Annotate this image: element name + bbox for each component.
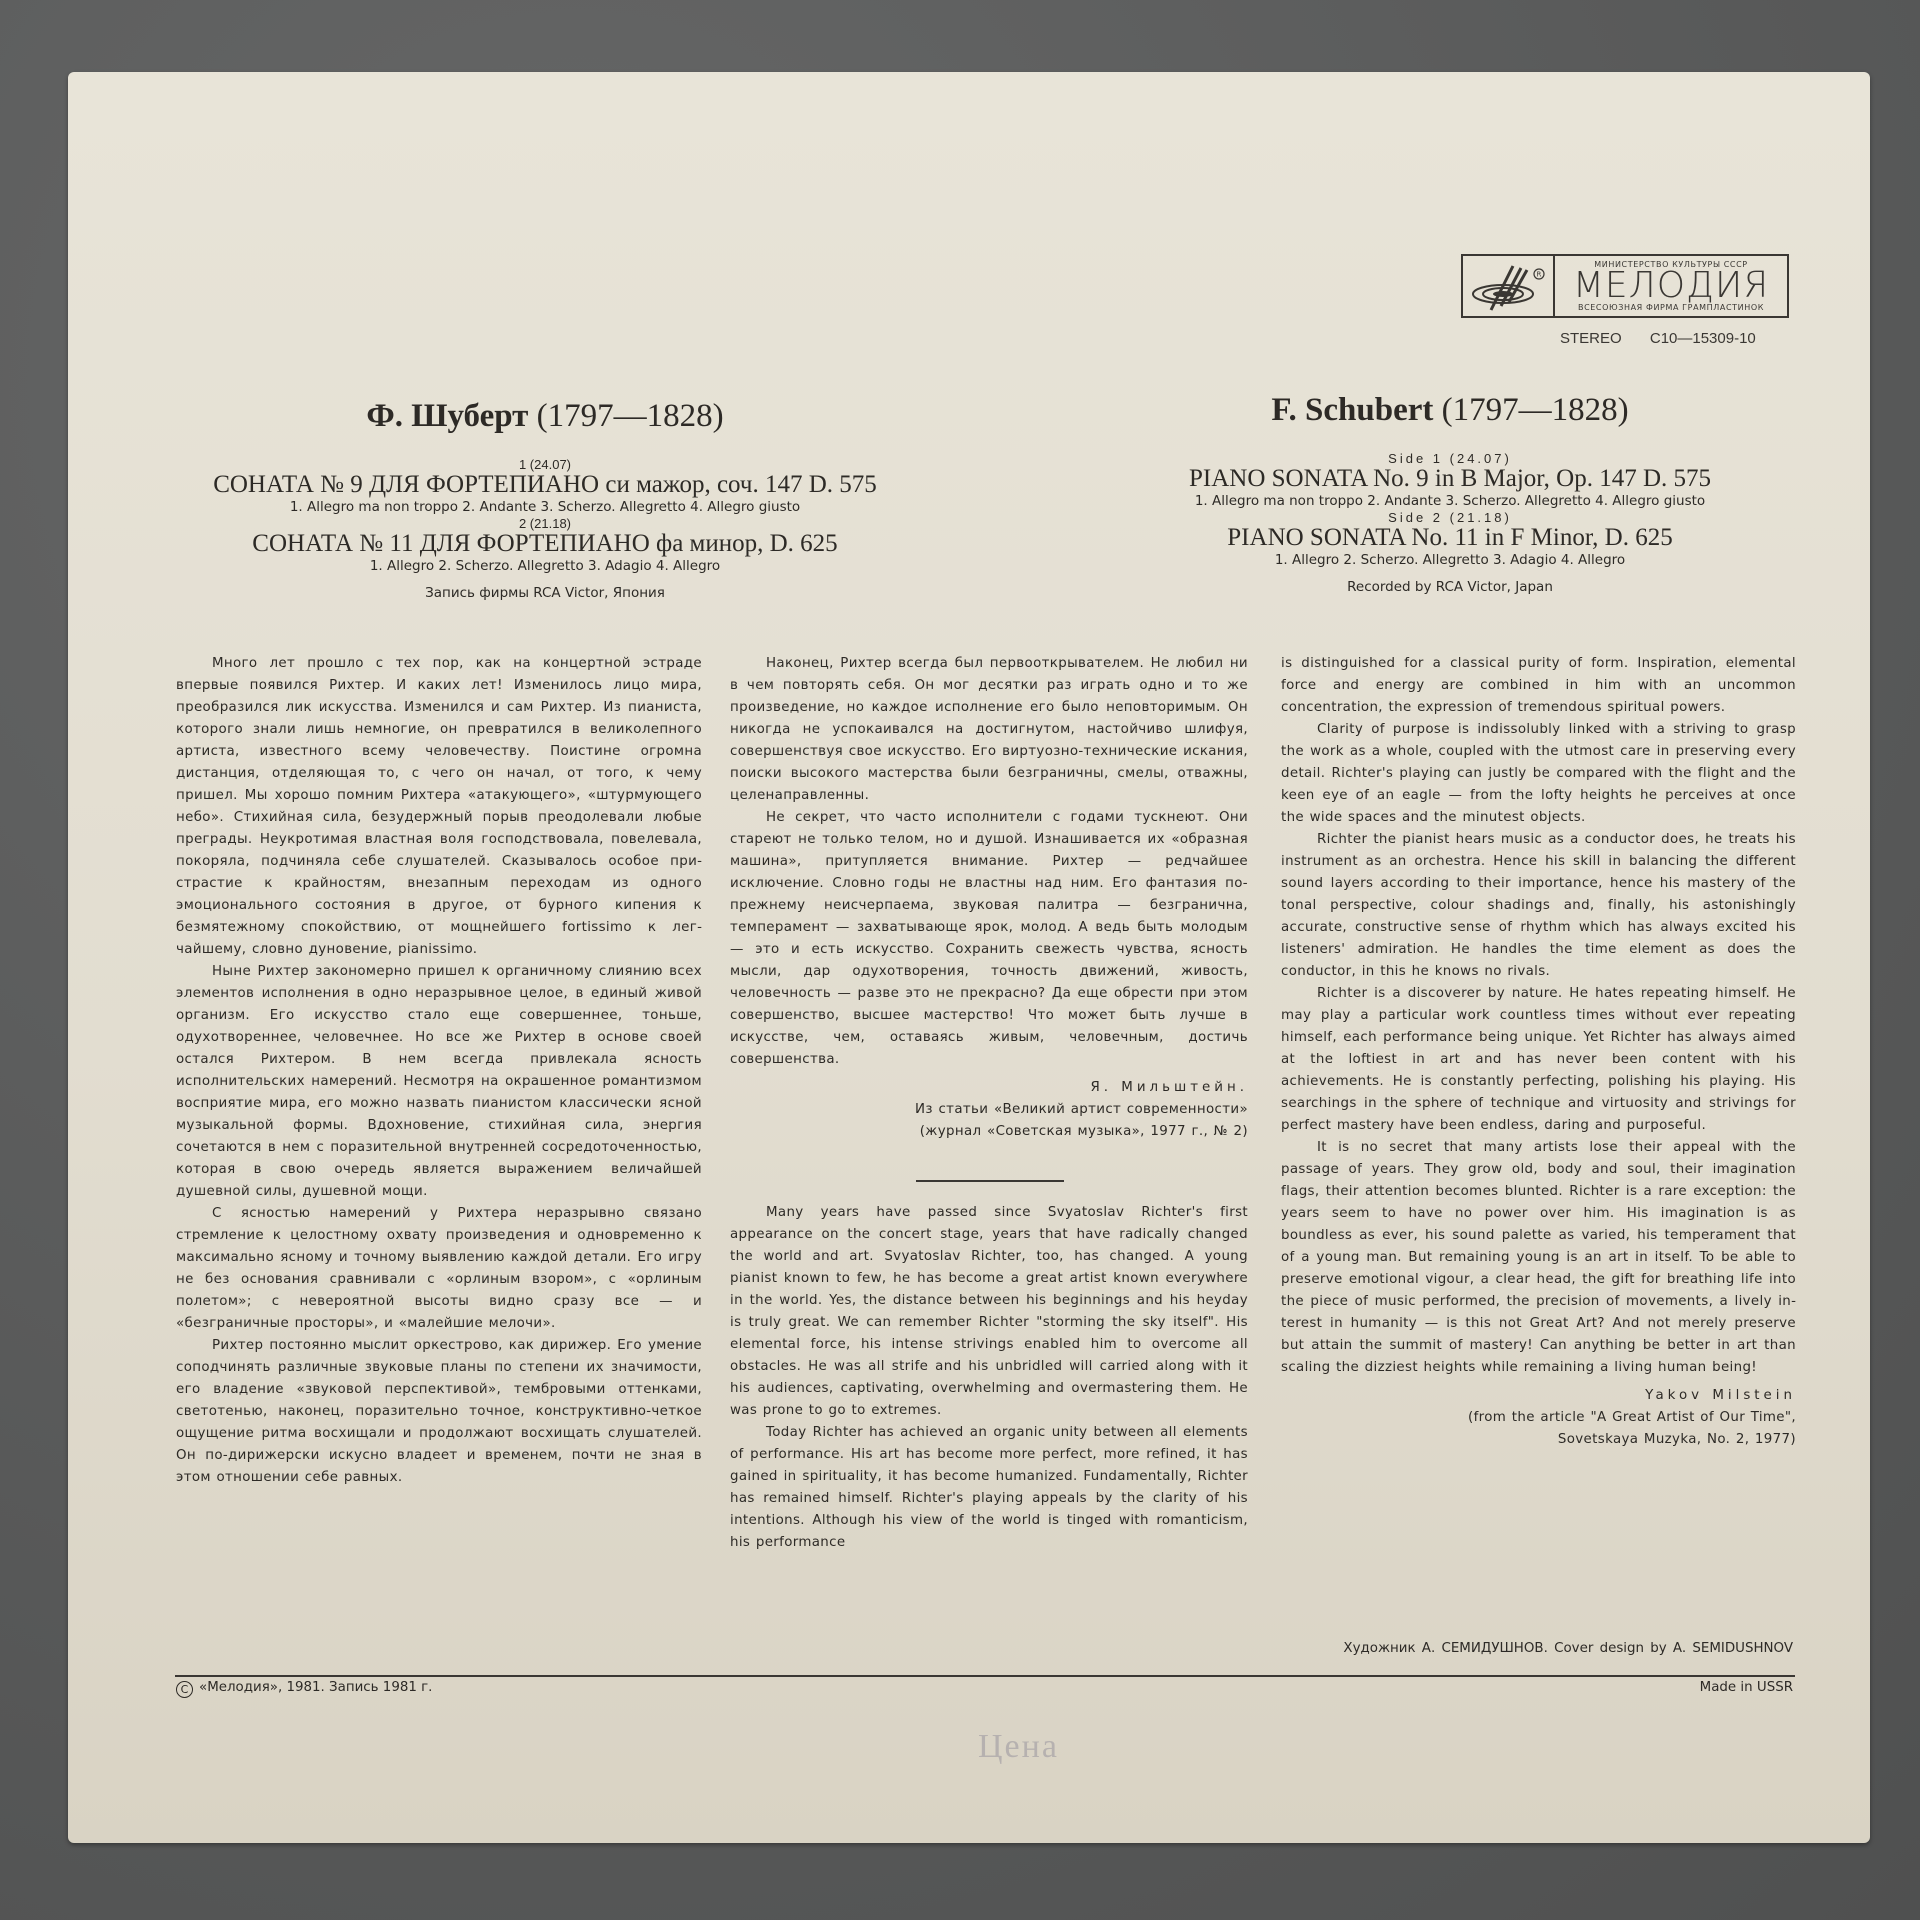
work1-movements-en: 1. Allegro ma non troppo 2. Andante 3. S… xyxy=(1120,492,1780,510)
source-line2-ru: (журнал «Советская музыка», 1977 г., № 2… xyxy=(730,1121,1248,1143)
paragraph: It is no secret that many artists lose t… xyxy=(1281,1137,1796,1379)
catalog-info: STEREO С10—15309-10 xyxy=(1560,330,1756,347)
work1-movements-ru: 1. Allegro ma non troppo 2. Andante 3. S… xyxy=(160,498,930,516)
liner-notes-en-col2: Many years have passed since Svyatoslav … xyxy=(730,1202,1248,1576)
logo-company-text: ВСЕСОЮЗНАЯ ФИРМА ГРАМПЛАСТИНОК xyxy=(1578,303,1764,312)
side2-label-ru: 2 (21.18) xyxy=(160,516,930,531)
side1-label-en: Side 1 (24.07) xyxy=(1120,451,1780,466)
paragraph: Наконец, Рихтер всегда был первооткрыват… xyxy=(730,653,1248,807)
russian-header: Ф. Шуберт (1797—1828) 1 (24.07) СОНАТА №… xyxy=(160,398,930,601)
made-in-ussr: Made in USSR xyxy=(1700,1680,1793,1695)
source-line1-en: (from the article "A Great Artist of Our… xyxy=(1281,1407,1796,1429)
paragraph: Ныне Рихтер закономерно пришел к органич… xyxy=(176,961,702,1203)
melodiya-logo: R МИНИСТЕРСТВО КУЛЬТУРЫ СССР МЕЛОДИЯ ВСЕ… xyxy=(1461,254,1789,318)
paragraph: Рихтер постоянно мыслит оркестрово, как … xyxy=(176,1335,702,1489)
paragraph: Richter the pianist hears music as a con… xyxy=(1281,829,1796,983)
author-signature-en: Yakov Milstein xyxy=(1281,1385,1796,1407)
english-header: F. Schubert (1797—1828) Side 1 (24.07) P… xyxy=(1120,392,1780,595)
format-label: STEREO xyxy=(1560,330,1622,347)
author-signature-ru: Я. Мильштейн. xyxy=(730,1077,1248,1099)
paragraph: Richter is a discoverer by nature. He ha… xyxy=(1281,983,1796,1137)
work2-title-ru: СОНАТА № 11 ДЛЯ ФОРТЕПИАНО фа минор, D. … xyxy=(160,531,930,557)
composer-title-en: F. Schubert (1797—1828) xyxy=(1120,392,1780,429)
recording-credit-en: Recorded by RCA Victor, Japan xyxy=(1120,579,1780,595)
work1-title-ru: СОНАТА № 9 ДЛЯ ФОРТЕПИАНО си мажор, соч.… xyxy=(160,472,930,498)
composer-title-ru: Ф. Шуберт (1797—1828) xyxy=(160,398,930,435)
liner-notes-ru-col1: Много лет прошло с тех пор, как на конце… xyxy=(176,653,702,1489)
copyright-text: «Мелодия», 1981. Запись 1981 г. xyxy=(199,1680,432,1695)
paragraph: С ясностью намерений у Рихтера неразрывн… xyxy=(176,1203,702,1335)
work2-title-en: PIANO SONATA No. 11 in F Minor, D. 625 xyxy=(1120,525,1780,551)
side1-label-ru: 1 (24.07) xyxy=(160,457,930,472)
paragraph: Не секрет, что часто исполнители с годам… xyxy=(730,807,1248,1071)
recording-credit-ru: Запись фирмы RCA Victor, Япония xyxy=(160,585,930,601)
work2-movements-en: 1. Allegro 2. Scherzo. Allegretto 3. Ada… xyxy=(1120,551,1780,569)
liner-notes-en-col3: is distinguished for a classical purity … xyxy=(1281,653,1796,1451)
composer-name-ru: Ф. Шуберт xyxy=(366,398,528,434)
paragraph: Много лет прошло с тех пор, как на конце… xyxy=(176,653,702,961)
paragraph: Clarity of purpose is indissolubly linke… xyxy=(1281,719,1796,829)
paragraph-continued: is distinguished for a classical purity … xyxy=(1281,653,1796,719)
footer-rule xyxy=(175,1675,1795,1677)
composer-dates-en: (1797—1828) xyxy=(1442,392,1629,428)
source-line1-ru: Из статьи «Великий артист современности» xyxy=(730,1099,1248,1121)
catalog-number: С10—15309-10 xyxy=(1650,330,1756,347)
work1-title-en: PIANO SONATA No. 9 in B Major, Op. 147 D… xyxy=(1120,466,1780,492)
composer-name-en: F. Schubert xyxy=(1271,392,1433,428)
side2-label-en: Side 2 (21.18) xyxy=(1120,510,1780,525)
svg-text:R: R xyxy=(1537,271,1542,279)
logo-brand-name: МЕЛОДИЯ xyxy=(1573,269,1769,303)
cover-design-credit: Художник А. СЕМИДУШНОВ. Cover design by … xyxy=(1343,1641,1793,1656)
melodiya-emblem-icon: R xyxy=(1463,256,1555,316)
section-divider xyxy=(916,1180,1064,1182)
copyright-icon: C xyxy=(176,1681,193,1698)
price-stamp: Цена xyxy=(978,1728,1059,1766)
copyright-line: C«Мелодия», 1981. Запись 1981 г. xyxy=(176,1680,432,1698)
source-line2-en: Sovetskaya Muzyka, No. 2, 1977) xyxy=(1281,1429,1796,1451)
work2-movements-ru: 1. Allegro 2. Scherzo. Allegretto 3. Ada… xyxy=(160,557,930,575)
paragraph: Many years have passed since Svyatoslav … xyxy=(730,1202,1248,1422)
composer-dates-ru: (1797—1828) xyxy=(537,398,724,434)
paragraph: Today Richter has achieved an organic un… xyxy=(730,1422,1248,1554)
liner-notes-ru-col2: Наконец, Рихтер всегда был первооткрыват… xyxy=(730,653,1248,1143)
